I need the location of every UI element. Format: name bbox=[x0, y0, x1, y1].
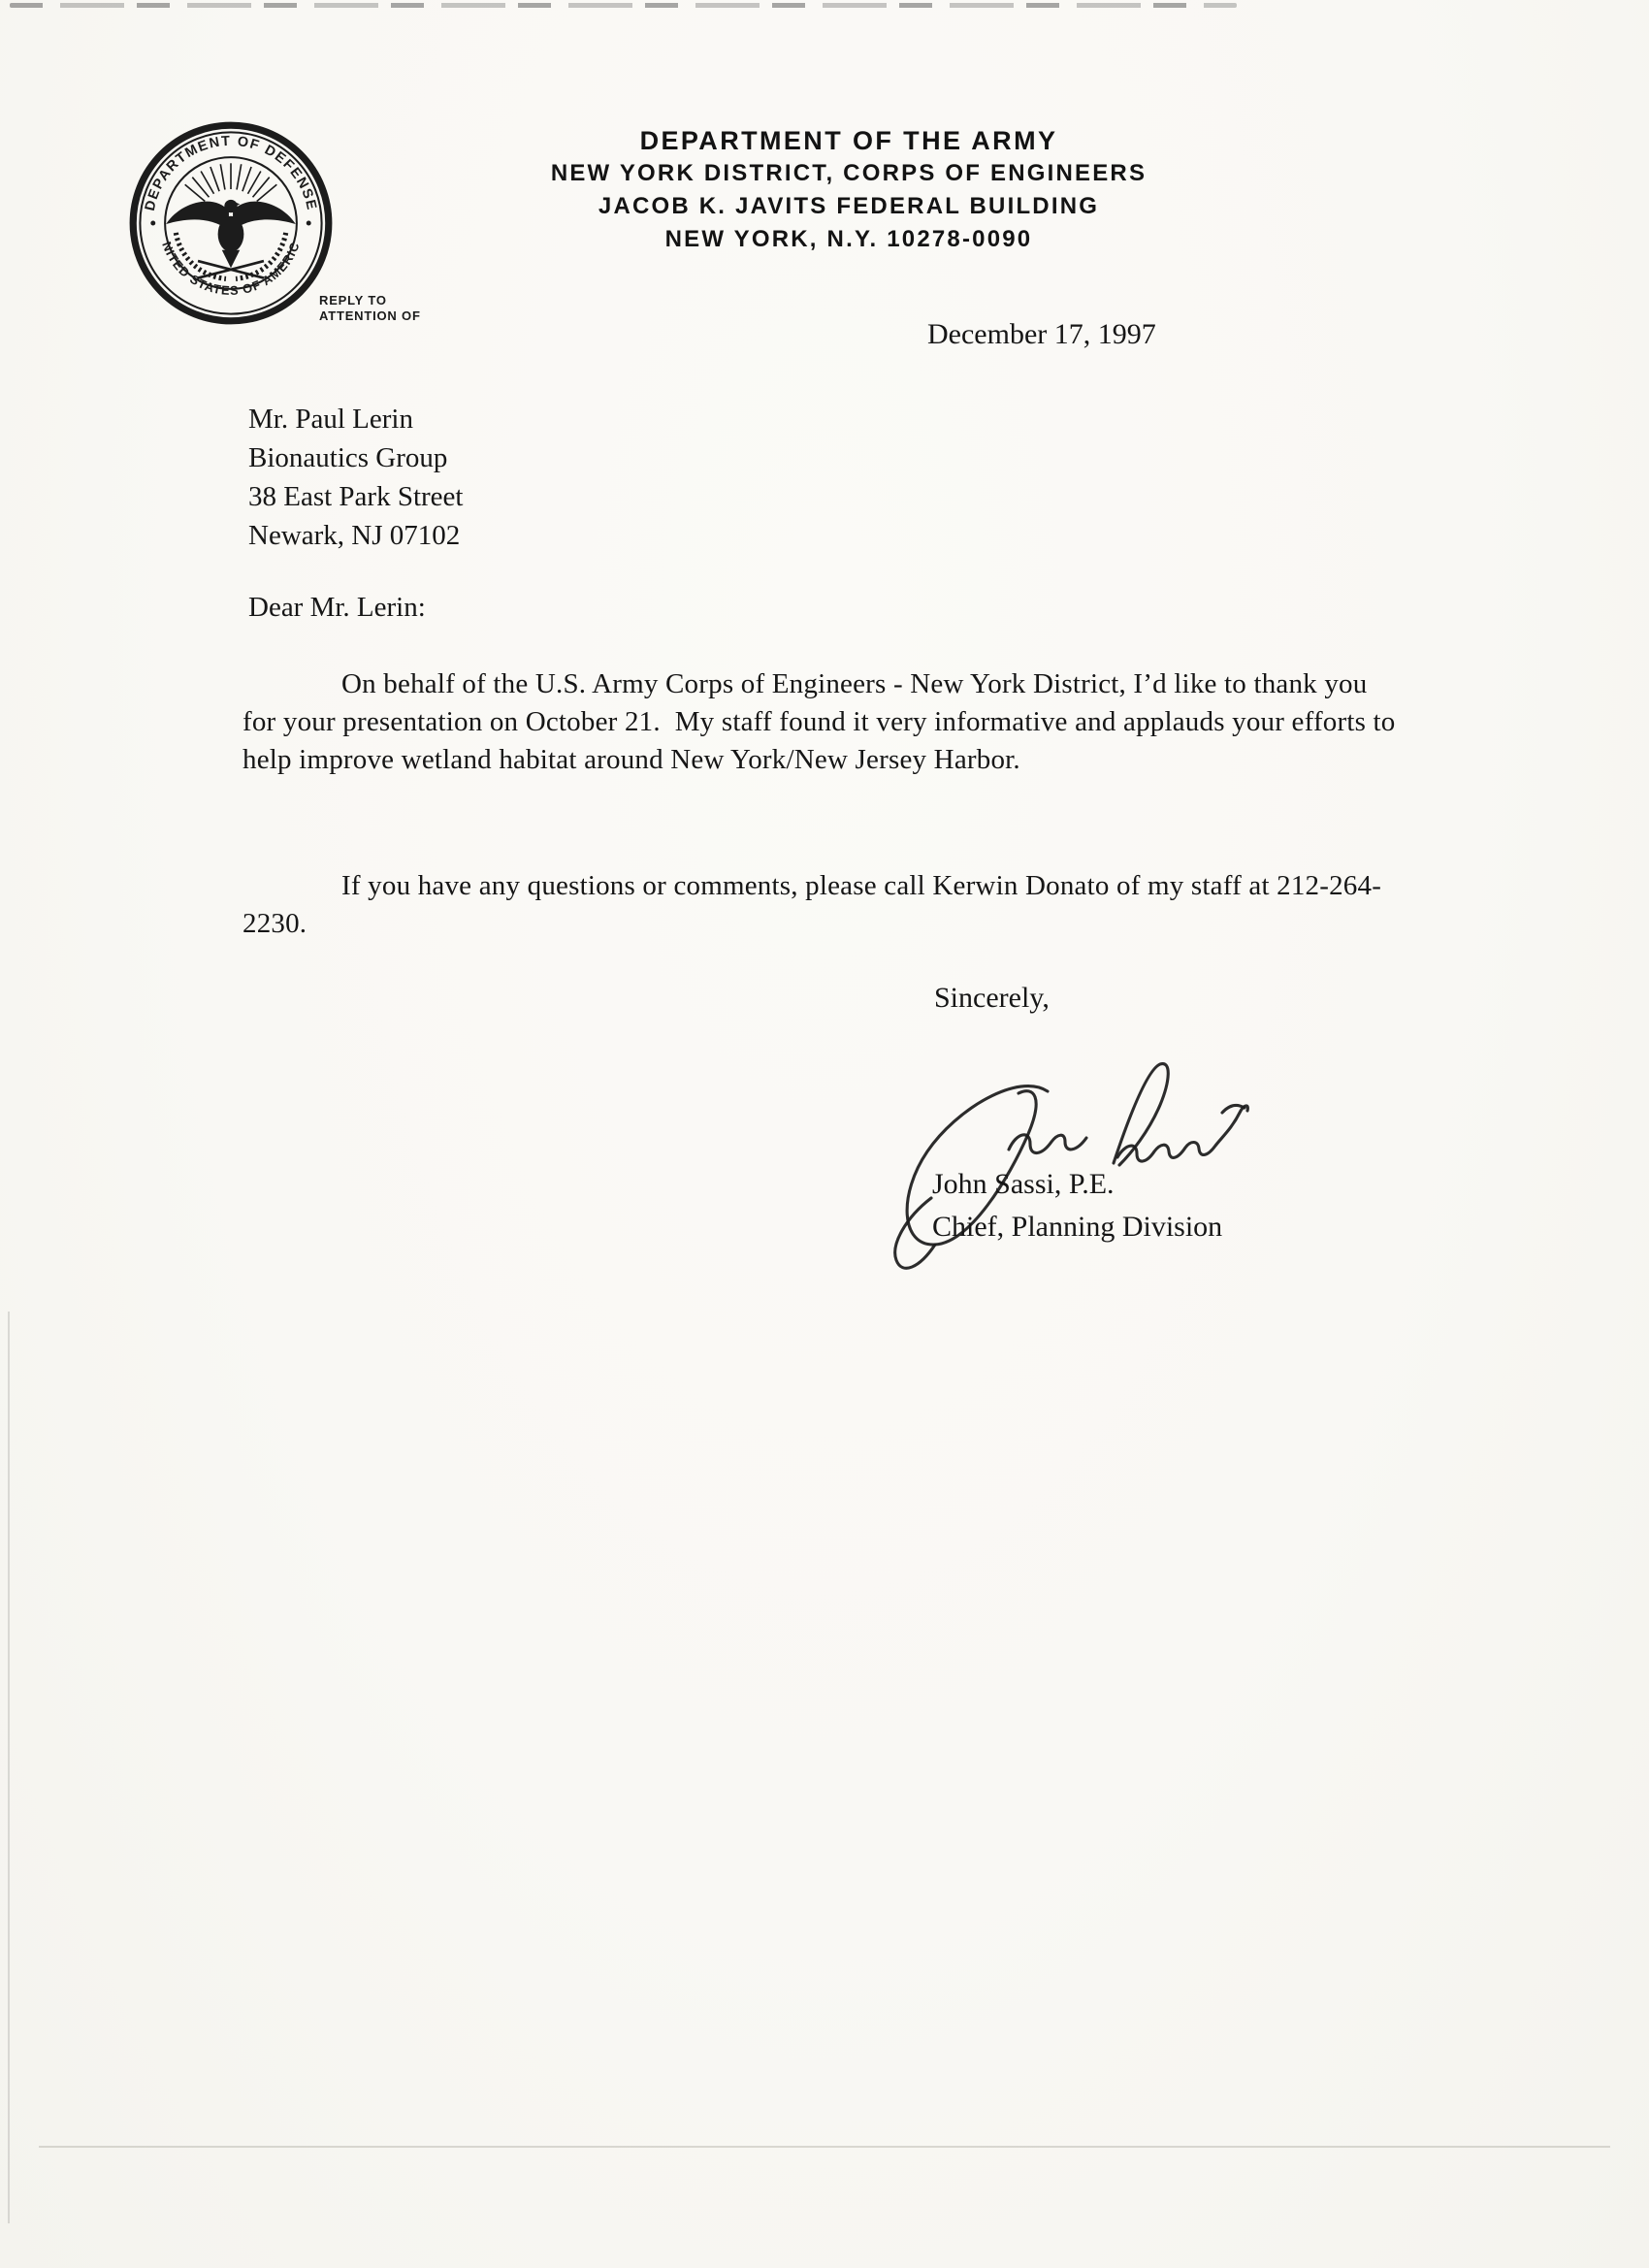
scan-artifact-left-edge bbox=[8, 1312, 10, 2223]
recipient-address-block: Mr. Paul Lerin Bionautics Group 38 East … bbox=[248, 400, 463, 555]
valediction: Sincerely, bbox=[934, 982, 1050, 1015]
letterhead-agency: DEPARTMENT OF THE ARMY bbox=[436, 124, 1261, 157]
signer-title: Chief, Planning Division bbox=[932, 1211, 1222, 1244]
seal-eagle bbox=[166, 200, 296, 268]
reply-to-line2: ATTENTION OF bbox=[319, 308, 421, 324]
letterhead-city-zip: NEW YORK, N.Y. 10278-0090 bbox=[436, 223, 1261, 256]
letterhead: DEPARTMENT OF THE ARMY NEW YORK DISTRICT… bbox=[436, 124, 1261, 256]
letterhead-district: NEW YORK DISTRICT, CORPS OF ENGINEERS bbox=[436, 157, 1261, 190]
recipient-street: 38 East Park Street bbox=[248, 477, 463, 516]
scan-artifact-seam bbox=[39, 2146, 1610, 2148]
scan-artifact-top-edge bbox=[10, 3, 1237, 8]
letterhead-building: JACOB K. JAVITS FEDERAL BUILDING bbox=[436, 190, 1261, 223]
recipient-company: Bionautics Group bbox=[248, 438, 463, 477]
salutation: Dear Mr. Lerin: bbox=[248, 592, 426, 624]
reply-to-line1: REPLY TO bbox=[319, 293, 421, 308]
reply-to-attention-of: REPLY TO ATTENTION OF bbox=[319, 293, 421, 324]
body-paragraph-2: If you have any questions or comments, p… bbox=[242, 867, 1406, 943]
letter-date: December 17, 1997 bbox=[927, 318, 1156, 351]
recipient-city-state-zip: Newark, NJ 07102 bbox=[248, 516, 463, 555]
seal-rays bbox=[185, 163, 277, 201]
letter-page: DEPARTMENT OF DEFENSE UNITED STATES OF A… bbox=[0, 0, 1649, 2268]
department-of-defense-seal-icon: DEPARTMENT OF DEFENSE UNITED STATES OF A… bbox=[126, 118, 336, 328]
recipient-name: Mr. Paul Lerin bbox=[248, 400, 463, 438]
body-paragraph-1: On behalf of the U.S. Army Corps of Engi… bbox=[242, 665, 1406, 779]
signer-name: John Sassi, P.E. bbox=[932, 1168, 1115, 1201]
